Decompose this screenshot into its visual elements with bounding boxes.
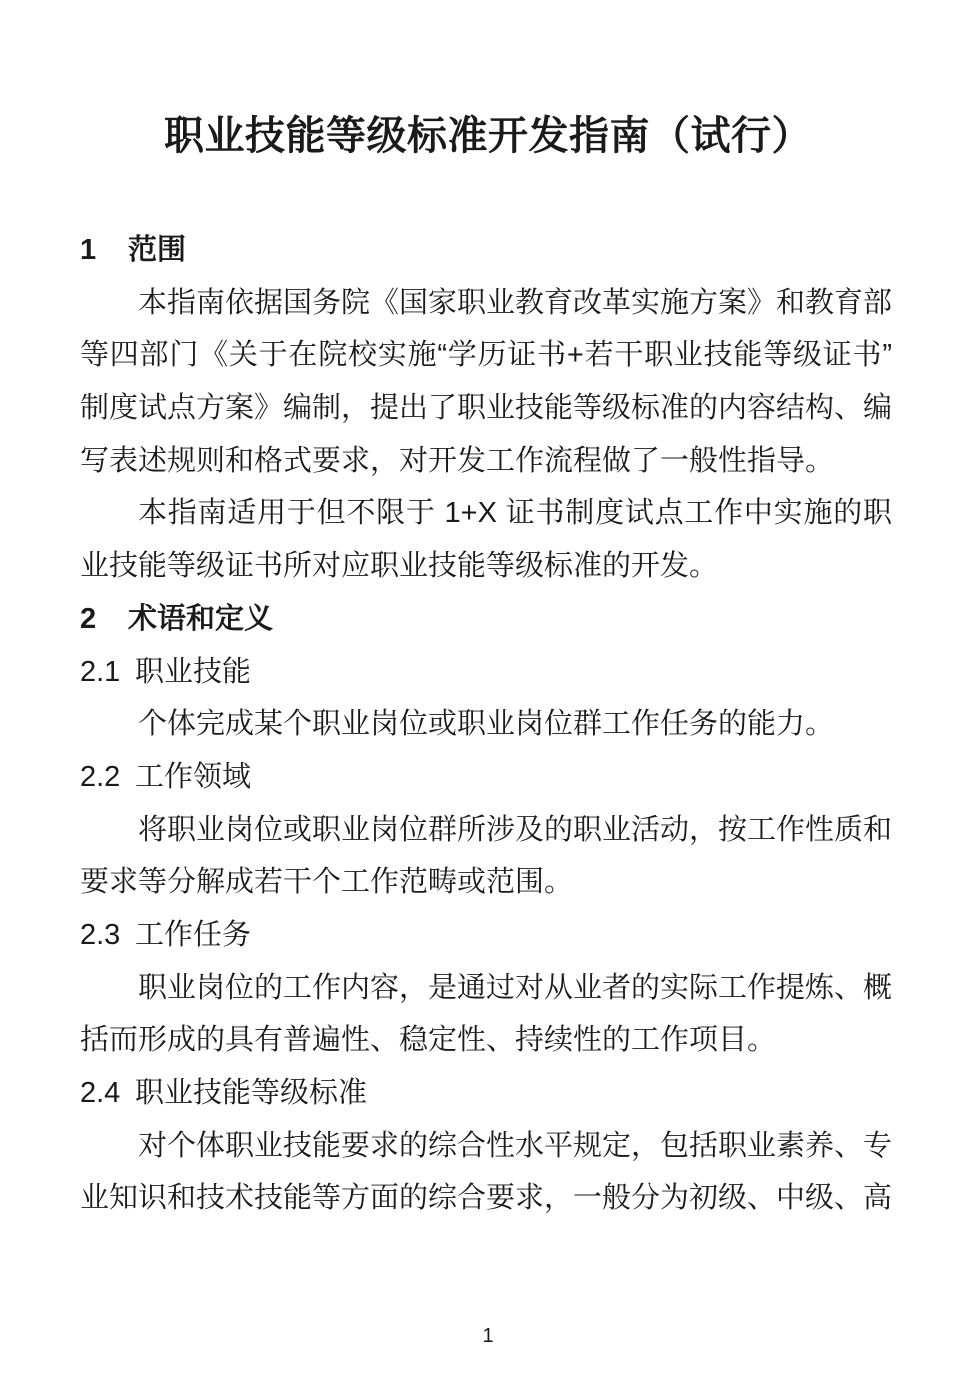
paragraph-line: 业知识和技术技能等方面的综合要求，一般分为初级、中级、高 [80, 1172, 892, 1225]
subsection-number: 2.3 [80, 909, 135, 962]
paragraph-line: 本指南适用于但不限于 1+X 证书制度试点工作中实施的职 [80, 487, 892, 540]
subsection-number: 2.2 [80, 751, 135, 804]
paragraph-line: 个体完成某个职业岗位或职业岗位群工作任务的能力。 [80, 698, 892, 751]
subsection-label: 工作任务 [135, 919, 251, 951]
section-heading-2: 2术语和定义 [80, 593, 892, 646]
section-number: 1 [80, 224, 128, 277]
document-body: 1范围 本指南依据国务院《国家职业教育改革实施方案》和教育部 等四部门《关于在院… [80, 224, 892, 1225]
page-number: 1 [0, 1322, 976, 1350]
subsection-label: 工作领域 [135, 761, 251, 793]
paragraph-line: 职业岗位的工作内容，是通过对从业者的实际工作提炼、概 [80, 962, 892, 1015]
section-label: 术语和定义 [128, 603, 273, 635]
paragraph-line: 本指南依据国务院《国家职业教育改革实施方案》和教育部 [80, 277, 892, 330]
paragraph-line: 对个体职业技能要求的综合性水平规定，包括职业素养、专 [80, 1120, 892, 1173]
paragraph-line: 要求等分解成若干个工作范畴或范围。 [80, 856, 892, 909]
subsection-heading-2-1: 2.1职业技能 [80, 646, 892, 699]
paragraph-line: 制度试点方案》编制，提出了职业技能等级标准的内容结构、编 [80, 382, 892, 435]
subsection-heading-2-2: 2.2工作领域 [80, 751, 892, 804]
paragraph-line: 括而形成的具有普遍性、稳定性、持续性的工作项目。 [80, 1014, 892, 1067]
paragraph-line: 将职业岗位或职业岗位群所涉及的职业活动，按工作性质和 [80, 804, 892, 857]
section-heading-1: 1范围 [80, 224, 892, 277]
subsection-heading-2-3: 2.3工作任务 [80, 909, 892, 962]
paragraph-line: 等四部门《关于在院校实施“学历证书+若干职业技能等级证书” [80, 329, 892, 382]
subsection-number: 2.1 [80, 646, 135, 699]
subsection-number: 2.4 [80, 1067, 135, 1120]
section-number: 2 [80, 593, 128, 646]
document-page: 职业技能等级标准开发指南（试行） 1范围 本指南依据国务院《国家职业教育改革实施… [0, 0, 976, 1383]
document-title: 职业技能等级标准开发指南（试行） [0, 106, 976, 166]
subsection-label: 职业技能等级标准 [135, 1077, 367, 1109]
subsection-heading-2-4: 2.4职业技能等级标准 [80, 1067, 892, 1120]
section-label: 范围 [128, 234, 186, 266]
paragraph-line: 业技能等级证书所对应职业技能等级标准的开发。 [80, 540, 892, 593]
paragraph-line: 写表述规则和格式要求，对开发工作流程做了一般性指导。 [80, 435, 892, 488]
subsection-label: 职业技能 [135, 656, 251, 688]
